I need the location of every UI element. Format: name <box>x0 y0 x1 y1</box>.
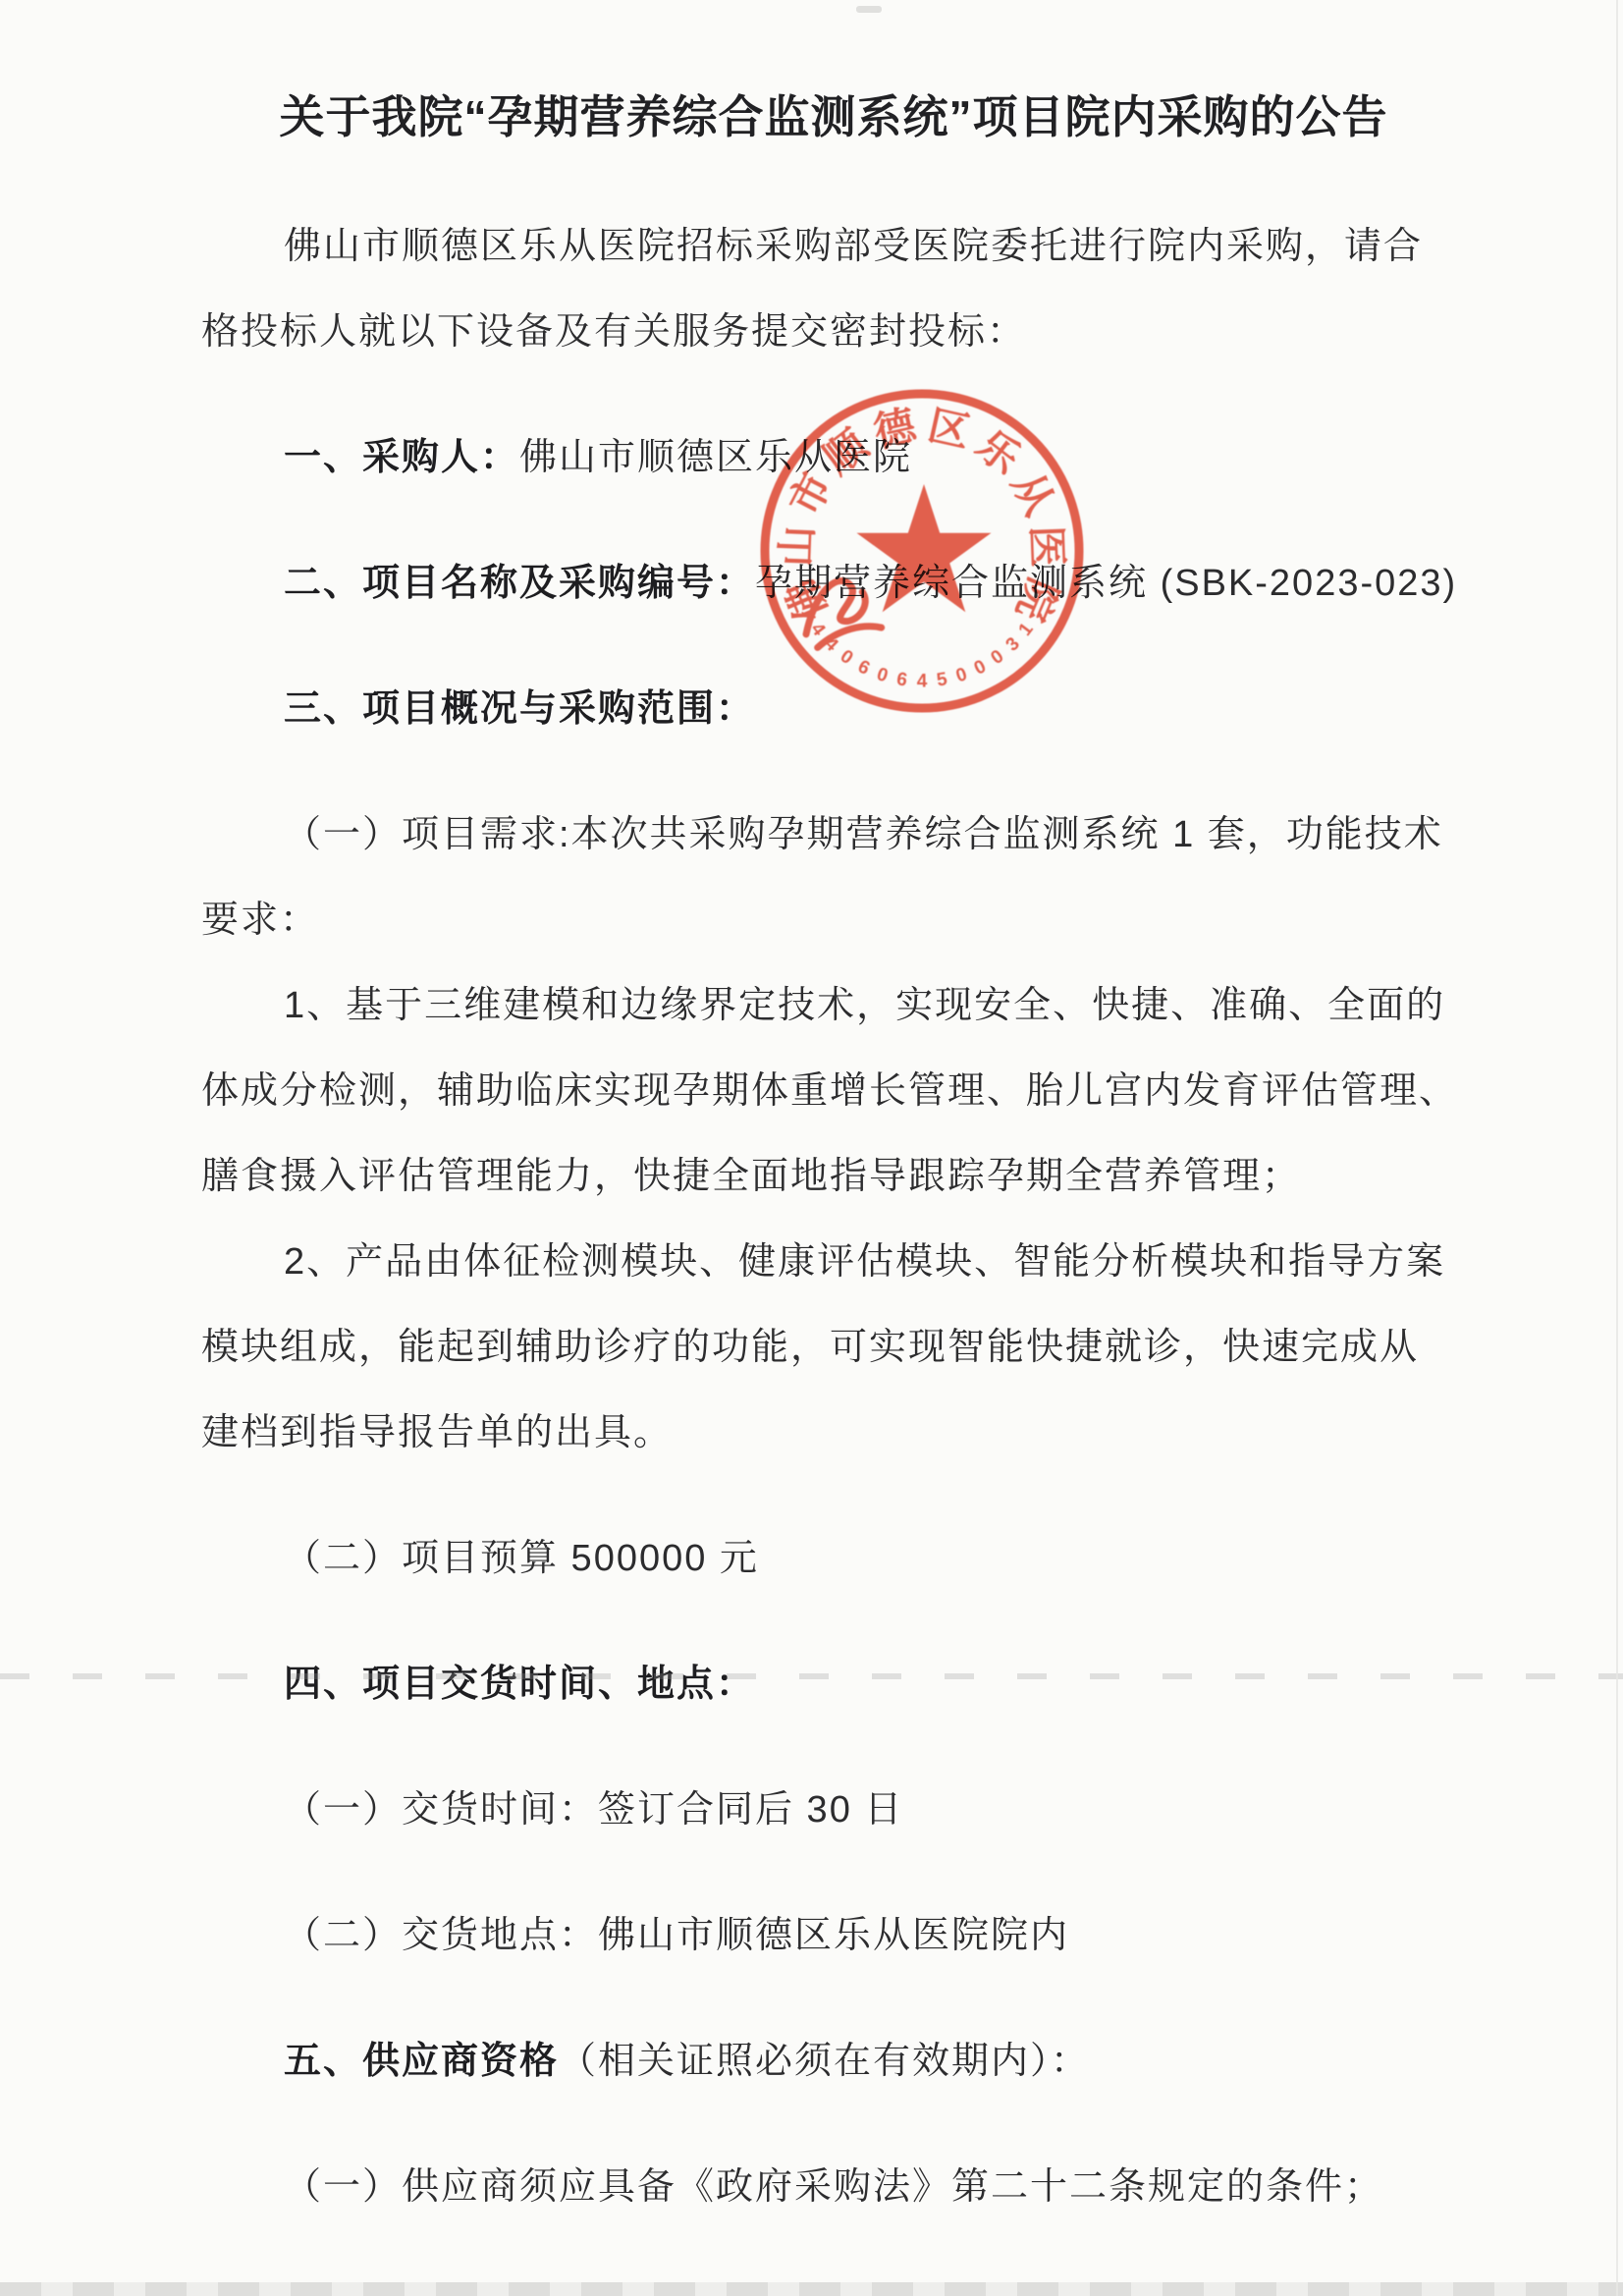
scanned-page: 关于我院“孕期营养综合监测系统”项目院内采购的公告 佛山市顺德区乐从医院招标采购… <box>0 0 1623 2296</box>
section-3-scope-heading: 三、项目概况与采购范围： <box>201 667 1466 752</box>
scan-artifact-bottom-band <box>0 2282 1623 2296</box>
feature-paragraph-2: 2、产品由体征检测模块、健康评估模块、智能分析模块和指导方案 模块组成，能起到辅… <box>201 1220 1466 1476</box>
section-5-suffix: （相关证照必须在有效期内）： <box>559 2041 1090 2082</box>
intro-line-1: 佛山市顺德区乐从医院招标采购部受医院委托进行院内采购，请合 <box>201 204 1466 290</box>
requirement-line-2: 要求： <box>201 878 1466 963</box>
budget-text: （二）项目预算 500000 元 <box>201 1516 1466 1602</box>
budget-line: （二）项目预算 500000 元 <box>201 1516 1466 1602</box>
delivery-place-line: （二）交货地点：佛山市顺德区乐从医院院内 <box>201 1893 1466 1979</box>
feature-paragraph-1: 1、基于三维建模和边缘界定技术，实现安全、快捷、准确、全面的 体成分检测，辅助临… <box>201 963 1466 1220</box>
feature-2-line-2: 模块组成，能起到辅助诊疗的功能，可实现智能快捷就诊，快速完成从 <box>201 1305 1466 1391</box>
section-4-delivery-heading: 四、项目交货时间、地点： <box>201 1642 1466 1727</box>
document-body: 关于我院“孕期营养综合监测系统”项目院内采购的公告 佛山市顺德区乐从医院招标采购… <box>201 0 1466 2230</box>
feature-1-line-3: 膳食摄入评估管理能力，快捷全面地指导跟踪孕期全营养管理； <box>201 1134 1466 1220</box>
requirement-line-1: （一）项目需求:本次共采购孕期营养综合监测系统 1 套，功能技术 <box>201 793 1466 878</box>
section-2-label: 二、项目名称及采购编号： <box>284 563 755 604</box>
section-1-buyer: 一、采购人：佛山市顺德区乐从医院 <box>201 415 1466 501</box>
feature-1-line-1: 1、基于三维建模和边缘界定技术，实现安全、快捷、准确、全面的 <box>201 963 1466 1049</box>
feature-1-line-2: 体成分检测，辅助临床实现孕期体重增长管理、胎儿宫内发育评估管理、 <box>201 1049 1466 1134</box>
section-1-label: 一、采购人： <box>284 437 519 478</box>
section-2-project-name: 二、项目名称及采购编号：孕期营养综合监测系统 (SBK-2023-023) <box>201 541 1466 627</box>
feature-2-line-3: 建档到指导报告单的出具。 <box>201 1391 1466 1476</box>
section-3-label: 三、项目概况与采购范围： <box>284 688 755 730</box>
scan-artifact-speck <box>856 6 882 13</box>
intro-paragraph: 佛山市顺德区乐从医院招标采购部受医院委托进行院内采购，请合 格投标人就以下设备及… <box>201 204 1466 375</box>
delivery-place-text: （二）交货地点：佛山市顺德区乐从医院院内 <box>201 1893 1466 1979</box>
delivery-time-text: （一）交货时间：签订合同后 30 日 <box>201 1768 1466 1853</box>
scan-artifact-line <box>0 1673 1623 1679</box>
intro-line-2: 格投标人就以下设备及有关服务提交密封投标： <box>201 290 1466 375</box>
feature-2-line-1: 2、产品由体征检测模块、健康评估模块、智能分析模块和指导方案 <box>201 1220 1466 1305</box>
section-1-value: 佛山市顺德区乐从医院 <box>519 437 912 478</box>
section-4-label: 四、项目交货时间、地点： <box>284 1664 755 1705</box>
delivery-time-line: （一）交货时间：签订合同后 30 日 <box>201 1768 1466 1853</box>
requirement-paragraph: （一）项目需求:本次共采购孕期营养综合监测系统 1 套，功能技术 要求： <box>201 793 1466 963</box>
section-2-value: 孕期营养综合监测系统 (SBK-2023-023) <box>755 563 1457 604</box>
section-5-qualification-heading: 五、供应商资格（相关证照必须在有效期内）： <box>201 2019 1466 2105</box>
scan-artifact-edge <box>1616 0 1618 2296</box>
qualification-text: （一）供应商须应具备《政府采购法》第二十二条规定的条件； <box>201 2145 1466 2230</box>
qualification-line: （一）供应商须应具备《政府采购法》第二十二条规定的条件； <box>201 2145 1466 2230</box>
doc-title: 关于我院“孕期营养综合监测系统”项目院内采购的公告 <box>201 86 1466 147</box>
section-5-label: 五、供应商资格 <box>284 2041 559 2082</box>
